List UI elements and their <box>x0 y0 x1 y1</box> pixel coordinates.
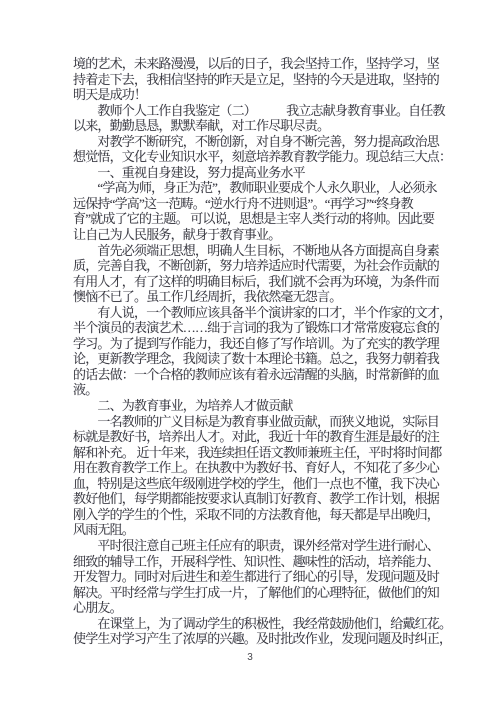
text-line: 持着走下去，我相信坚持的昨天是立足，坚持的今天是进取，坚持的 <box>73 72 439 88</box>
text-line: 心朋友。 <box>73 600 439 616</box>
text-line: 使学生对学习产生了浓厚的兴趣。及时批改作业，发现问题及时纠正， <box>73 631 439 647</box>
text-line: 明天是成功！ <box>73 87 439 103</box>
text-line: 让自己为人民服务，献身于教育事业。 <box>73 227 439 243</box>
text-line: 教师个人工作自我鉴定（二） 我立志献身教育事业。自任教 <box>73 103 439 119</box>
text-line: 细致的辅导工作，开展科学性、知识性、趣味性的活动，培养能力、 <box>73 554 439 570</box>
text-line: 用在教育教学工作上。在执教中为教好书、育好人，不知花了多少心 <box>73 460 439 476</box>
text-line: 质，完善自我，不断创新，努力培养适应时代需要，为社会作贡献的 <box>73 258 439 274</box>
text-line: 刚入学的学生的个性，采取不同的方法教育他，每天都是早出晚归， <box>73 507 439 523</box>
text-line: 解决。平时经常与学生打成一片，了解他们的心理特征，做他们的知 <box>73 585 439 601</box>
text-line: 血，特别是这些底年级刚进学校的学生，他们一点也不懂，我下决心 <box>73 476 439 492</box>
text-line: 平时很注意自己班主任应有的职责，课外经常对学生进行耐心、 <box>73 538 439 554</box>
text-line: “学高为师，身正为范”，教师职业要成个人永久职业，人必须永 <box>73 180 439 196</box>
text-line: 开发智力。同时对后进生和差生都进行了细心的引导，发现问题及时 <box>73 569 439 585</box>
text-line: 有人说，一个教师应该具备半个演讲家的口才，半个作家的文才， <box>73 305 439 321</box>
document-text: 境的艺术，未来路漫漫，以后的日子，我会坚持工作，坚持学习，坚持着走下去，我相信坚… <box>73 56 439 647</box>
text-line: 一、重视自身建设，努力提高业务水平 <box>73 165 439 181</box>
text-line: 懊恼不已了。虽工作几经周折，我依然毫无怨言。 <box>73 289 439 305</box>
text-line: 学习。为了提到写作能力，我还自修了写作培训。为了充实的教学理 <box>73 336 439 352</box>
text-line: 半个演员的表演艺术……绌于言词的我为了锻炼口才常常废寝忘食的 <box>73 320 439 336</box>
text-line: 二、为教育事业，为培养人才做贡献 <box>73 398 439 414</box>
text-line: 标就是教好书，培养出人才。对此，我近十年的教育生涯是最好的注 <box>73 429 439 445</box>
text-line: 的话去做：一个合格的教师应该有着永远清醒的头脑，时常新鲜的血 <box>73 367 439 383</box>
text-line: 有用人才，有了这样的明确目标后，我们就不会再为环境，为条件而 <box>73 274 439 290</box>
text-line: 液。 <box>73 382 439 398</box>
text-line: 境的艺术，未来路漫漫，以后的日子，我会坚持工作，坚持学习，坚 <box>73 56 439 72</box>
text-line: 远保持“学高”这一范畴。“逆水行舟不进则退”。“再学习”“终身教 <box>73 196 439 212</box>
text-line: 在课堂上，为了调动学生的积极性，我经常鼓励他们，给戴红花。 <box>73 616 439 632</box>
text-line: 教好他们，每学期都能按要求认真制订好教育、教学工作计划，根据 <box>73 491 439 507</box>
text-line: 对教学不断研究，不断创新，对自身不断完善，努力提高政治思 <box>73 134 439 150</box>
document-page: 境的艺术，未来路漫漫，以后的日子，我会坚持工作，坚持学习，坚持着走下去，我相信坚… <box>0 0 500 707</box>
text-line: 首先必须端正思想，明确人生目标，不断地从各方面提高自身素 <box>73 243 439 259</box>
text-line: 以来，勤勤恳恳，默默奉献，对工作尽职尽责。 <box>73 118 439 134</box>
text-line: 想觉悟，文化专业知识水平，刻意培养教育教学能力。现总结三大点： <box>73 149 439 165</box>
text-line: 论，更新教学理念，我阅读了数十本理论书籍。总之，我努力朝着我 <box>73 351 439 367</box>
text-line: 解和补充。 近十年来，我连续担任语文教师兼班主任，平时将时间都 <box>73 445 439 461</box>
page-number: 3 <box>0 652 500 663</box>
text-line: 育”就成了它的主题。 可以说，思想是主宰人类行动的将帅。因此要 <box>73 211 439 227</box>
text-line: 风雨无阻。 <box>73 522 439 538</box>
text-line: 一名教师的广义目标是为教育事业做贡献，而狭义地说，实际目 <box>73 414 439 430</box>
